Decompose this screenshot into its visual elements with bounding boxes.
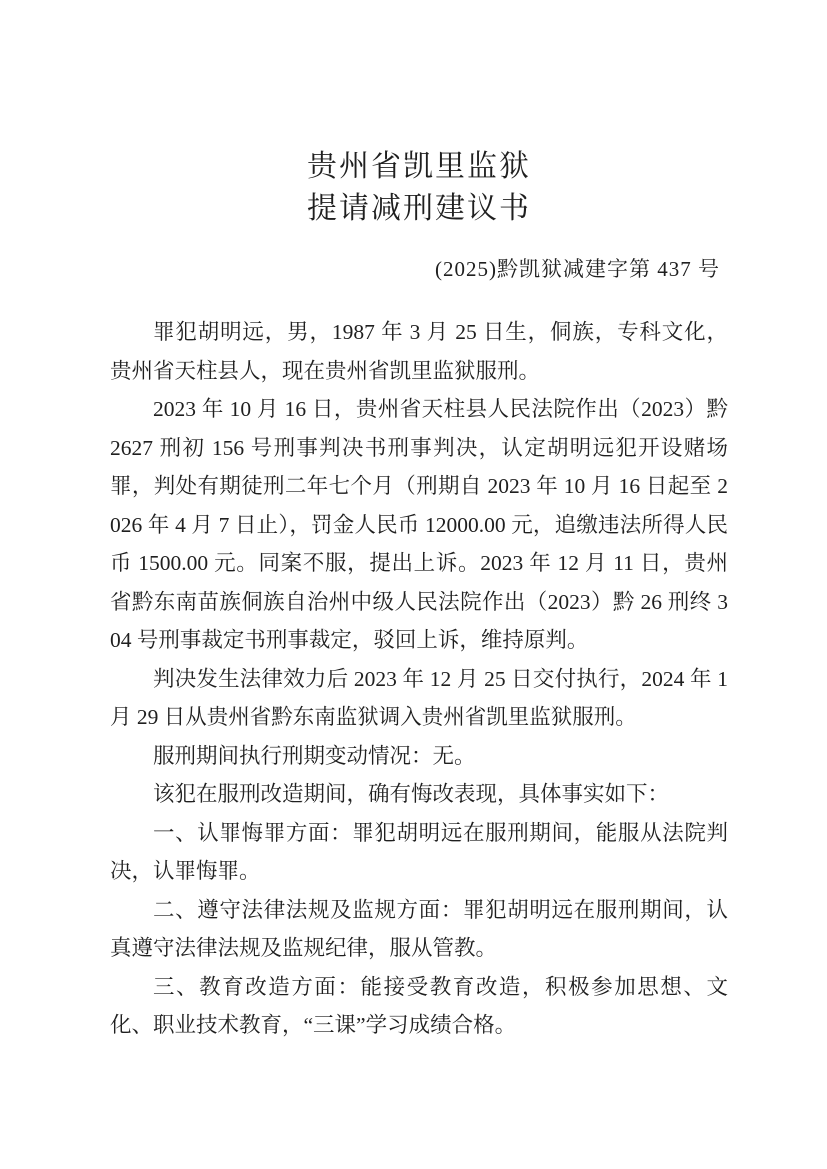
document-title-line1: 贵州省凯里监狱 bbox=[110, 146, 728, 188]
paragraph-item-2-rule-compliance: 二、遵守法律法规及监规方面：罪犯胡明远在服刑期间，认真遵守法律法规及监规纪律，服… bbox=[110, 891, 728, 968]
document-number: (2025)黔凯狱减建字第 437 号 bbox=[110, 254, 728, 284]
paragraph-item-3-education-reform: 三、教育改造方面：能接受教育改造，积极参加思想、文化、职业技术教育，“三课”学习… bbox=[110, 968, 728, 1045]
document-body: 罪犯胡明远，男，1987 年 3 月 25 日生，侗族，专科文化，贵州省天柱县人… bbox=[110, 313, 728, 1045]
paragraph-execution-transfer: 判决发生法律效力后 2023 年 12 月 25 日交付执行，2024 年 1 … bbox=[110, 660, 728, 737]
paragraph-offender-info: 罪犯胡明远，男，1987 年 3 月 25 日生，侗族，专科文化，贵州省天柱县人… bbox=[110, 313, 728, 390]
paragraph-item-1-guilt-admission: 一、认罪悔罪方面：罪犯胡明远在服刑期间，能服从法院判决，认罪悔罪。 bbox=[110, 814, 728, 891]
paragraph-repentance-intro: 该犯在服刑改造期间，确有悔改表现，具体事实如下： bbox=[110, 775, 728, 814]
paragraph-judgment-history: 2023 年 10 月 16 日，贵州省天柱县人民法院作出（2023）黔 262… bbox=[110, 390, 728, 660]
document-title-line2: 提请减刑建议书 bbox=[110, 188, 728, 230]
document-content: 贵州省凯里监狱 提请减刑建议书 (2025)黔凯狱减建字第 437 号 罪犯胡明… bbox=[110, 146, 728, 1045]
document-page: 贵州省凯里监狱 提请减刑建议书 (2025)黔凯狱减建字第 437 号 罪犯胡明… bbox=[0, 0, 827, 1169]
paragraph-term-changes: 服刑期间执行刑期变动情况：无。 bbox=[110, 737, 728, 776]
document-title: 贵州省凯里监狱 提请减刑建议书 bbox=[110, 146, 728, 230]
